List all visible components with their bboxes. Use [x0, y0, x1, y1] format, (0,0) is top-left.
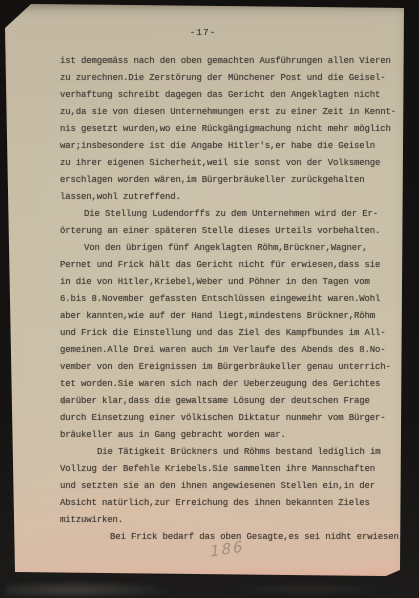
text-line: aber kannten,wie auf der Hand liegt,mind…	[60, 308, 405, 325]
text-line: bräukeller aus in Gang gebracht worden w…	[60, 427, 405, 444]
text-line: mitzuwirken.	[60, 512, 405, 529]
text-line: und setzten sie an den ihnen angewiesene…	[60, 478, 405, 495]
text-line: Absicht natürlich,zur Erreichung des ihn…	[60, 495, 405, 512]
text-line: erschlagen worden wären,im Bürgerbräukel…	[60, 172, 405, 189]
text-line: ist demgemäss nach den oben gemachten Au…	[60, 53, 405, 70]
page-number: -17-	[5, 27, 401, 38]
text-line: tet worden.Sie waren sich nach der Ueber…	[60, 376, 405, 393]
pencil-margin-mark: #	[61, 398, 66, 408]
text-line: örterung an einer späteren Stelle dieses…	[60, 223, 405, 240]
text-line: und Frick die Einstellung und das Ziel d…	[60, 325, 405, 342]
text-line: vember von den Ereignissen im Bürgerbräu…	[60, 359, 405, 376]
text-line: zu,da sie von diesen Unternehmungen erst…	[60, 104, 405, 121]
text-line: Pernet und Frick hält das Gericht nicht …	[60, 257, 405, 274]
text-line: gemeinen.Alle Drei waren auch im Verlauf…	[60, 342, 405, 359]
text-line: darüber klar,dass die gewaltsame Lösung …	[60, 393, 405, 410]
text-line: Die Stellung Ludendorffs zu dem Unterneh…	[60, 206, 405, 223]
text-line: verhaftung schreibt dagegen das Gericht …	[60, 87, 405, 104]
text-line: zu ihrer eigenen Sicherheit,weil sie son…	[60, 155, 405, 172]
text-line: Vollzug der Befehle Kriebels.Sie sammelt…	[60, 461, 405, 478]
page-body-text: ist demgemäss nach den oben gemachten Au…	[60, 53, 405, 546]
surface-highlight-right	[223, 583, 393, 595]
pencil-page-annotation: 186	[210, 537, 245, 560]
text-line: lassen,wohl zutreffend.	[60, 189, 405, 206]
text-line: 6.bis 8.November gefassten Entschlüssen …	[60, 291, 405, 308]
document-page: -17- ist demgemäss nach den oben gemacht…	[5, 4, 406, 576]
text-line: in die von Hitler,Kriebel,Weber und Pöhn…	[60, 274, 405, 291]
text-line: zu zurechnen.Die Zerstörung der Münchene…	[60, 70, 405, 87]
text-line: Die Tätigkeit Brückners und Röhms bestan…	[60, 444, 405, 461]
text-line: war;insbesondere ist die Angabe Hitler's…	[60, 138, 405, 155]
surface-highlight-left	[6, 581, 176, 597]
text-line: nis gesetzt wurden,wo eine Rückgängigmac…	[60, 121, 405, 138]
text-line: Von den übrigen fünf Angeklagten Röhm,Br…	[60, 240, 405, 257]
text-line: durch Einsetzung einer völkischen Diktat…	[60, 410, 405, 427]
